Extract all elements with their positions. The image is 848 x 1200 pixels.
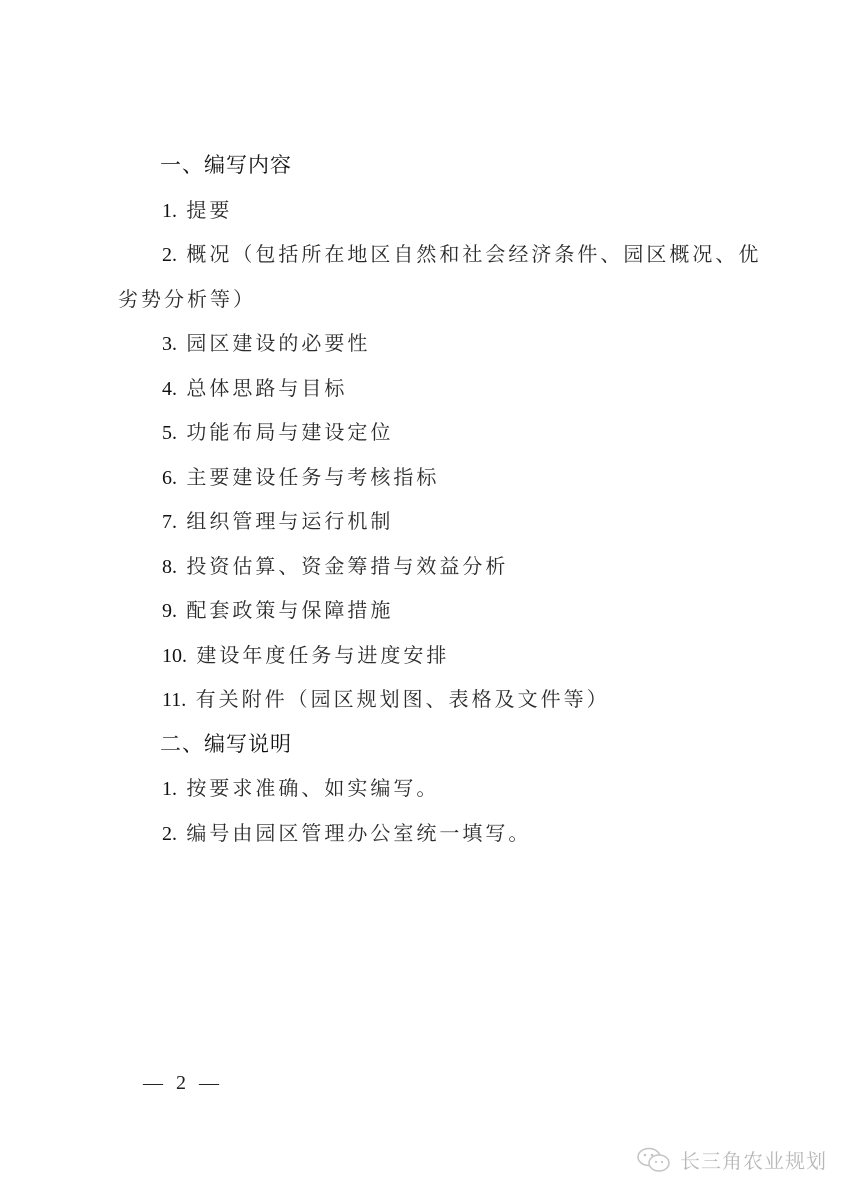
list-item: 4. 总体思路与目标 — [162, 374, 347, 403]
watermark-text: 长三角农业规划 — [680, 1145, 827, 1174]
list-item: 5. 功能布局与建设定位 — [162, 418, 393, 447]
list-item: 2. 编号由园区管理办公室统一填写。 — [162, 819, 531, 848]
list-item: 1. 按要求准确、如实编写。 — [162, 774, 439, 803]
list-item: 8. 投资估算、资金筹措与效益分析 — [162, 552, 508, 581]
section-heading-1: 一、编写内容 — [160, 151, 292, 179]
list-item: 10. 建设年度任务与进度安排 — [162, 641, 449, 670]
list-item: 1. 提要 — [162, 196, 232, 225]
list-item-continuation: 劣势分析等） — [118, 285, 256, 313]
list-item: 2. 概况（包括所在地区自然和社会经济条件、园区概况、优 — [162, 240, 761, 269]
wechat-icon — [636, 1147, 672, 1173]
section-heading-2: 二、编写说明 — [160, 730, 292, 758]
page-number: — 2 — — [143, 1072, 223, 1095]
list-item: 11. 有关附件（园区规划图、表格及文件等） — [162, 685, 610, 714]
list-item: 3. 园区建设的必要性 — [162, 329, 370, 358]
list-item: 6. 主要建设任务与考核指标 — [162, 463, 439, 492]
list-item: 7. 组织管理与运行机制 — [162, 507, 393, 536]
watermark: 长三角农业规划 — [636, 1145, 827, 1174]
list-item: 9. 配套政策与保障措施 — [162, 596, 393, 625]
